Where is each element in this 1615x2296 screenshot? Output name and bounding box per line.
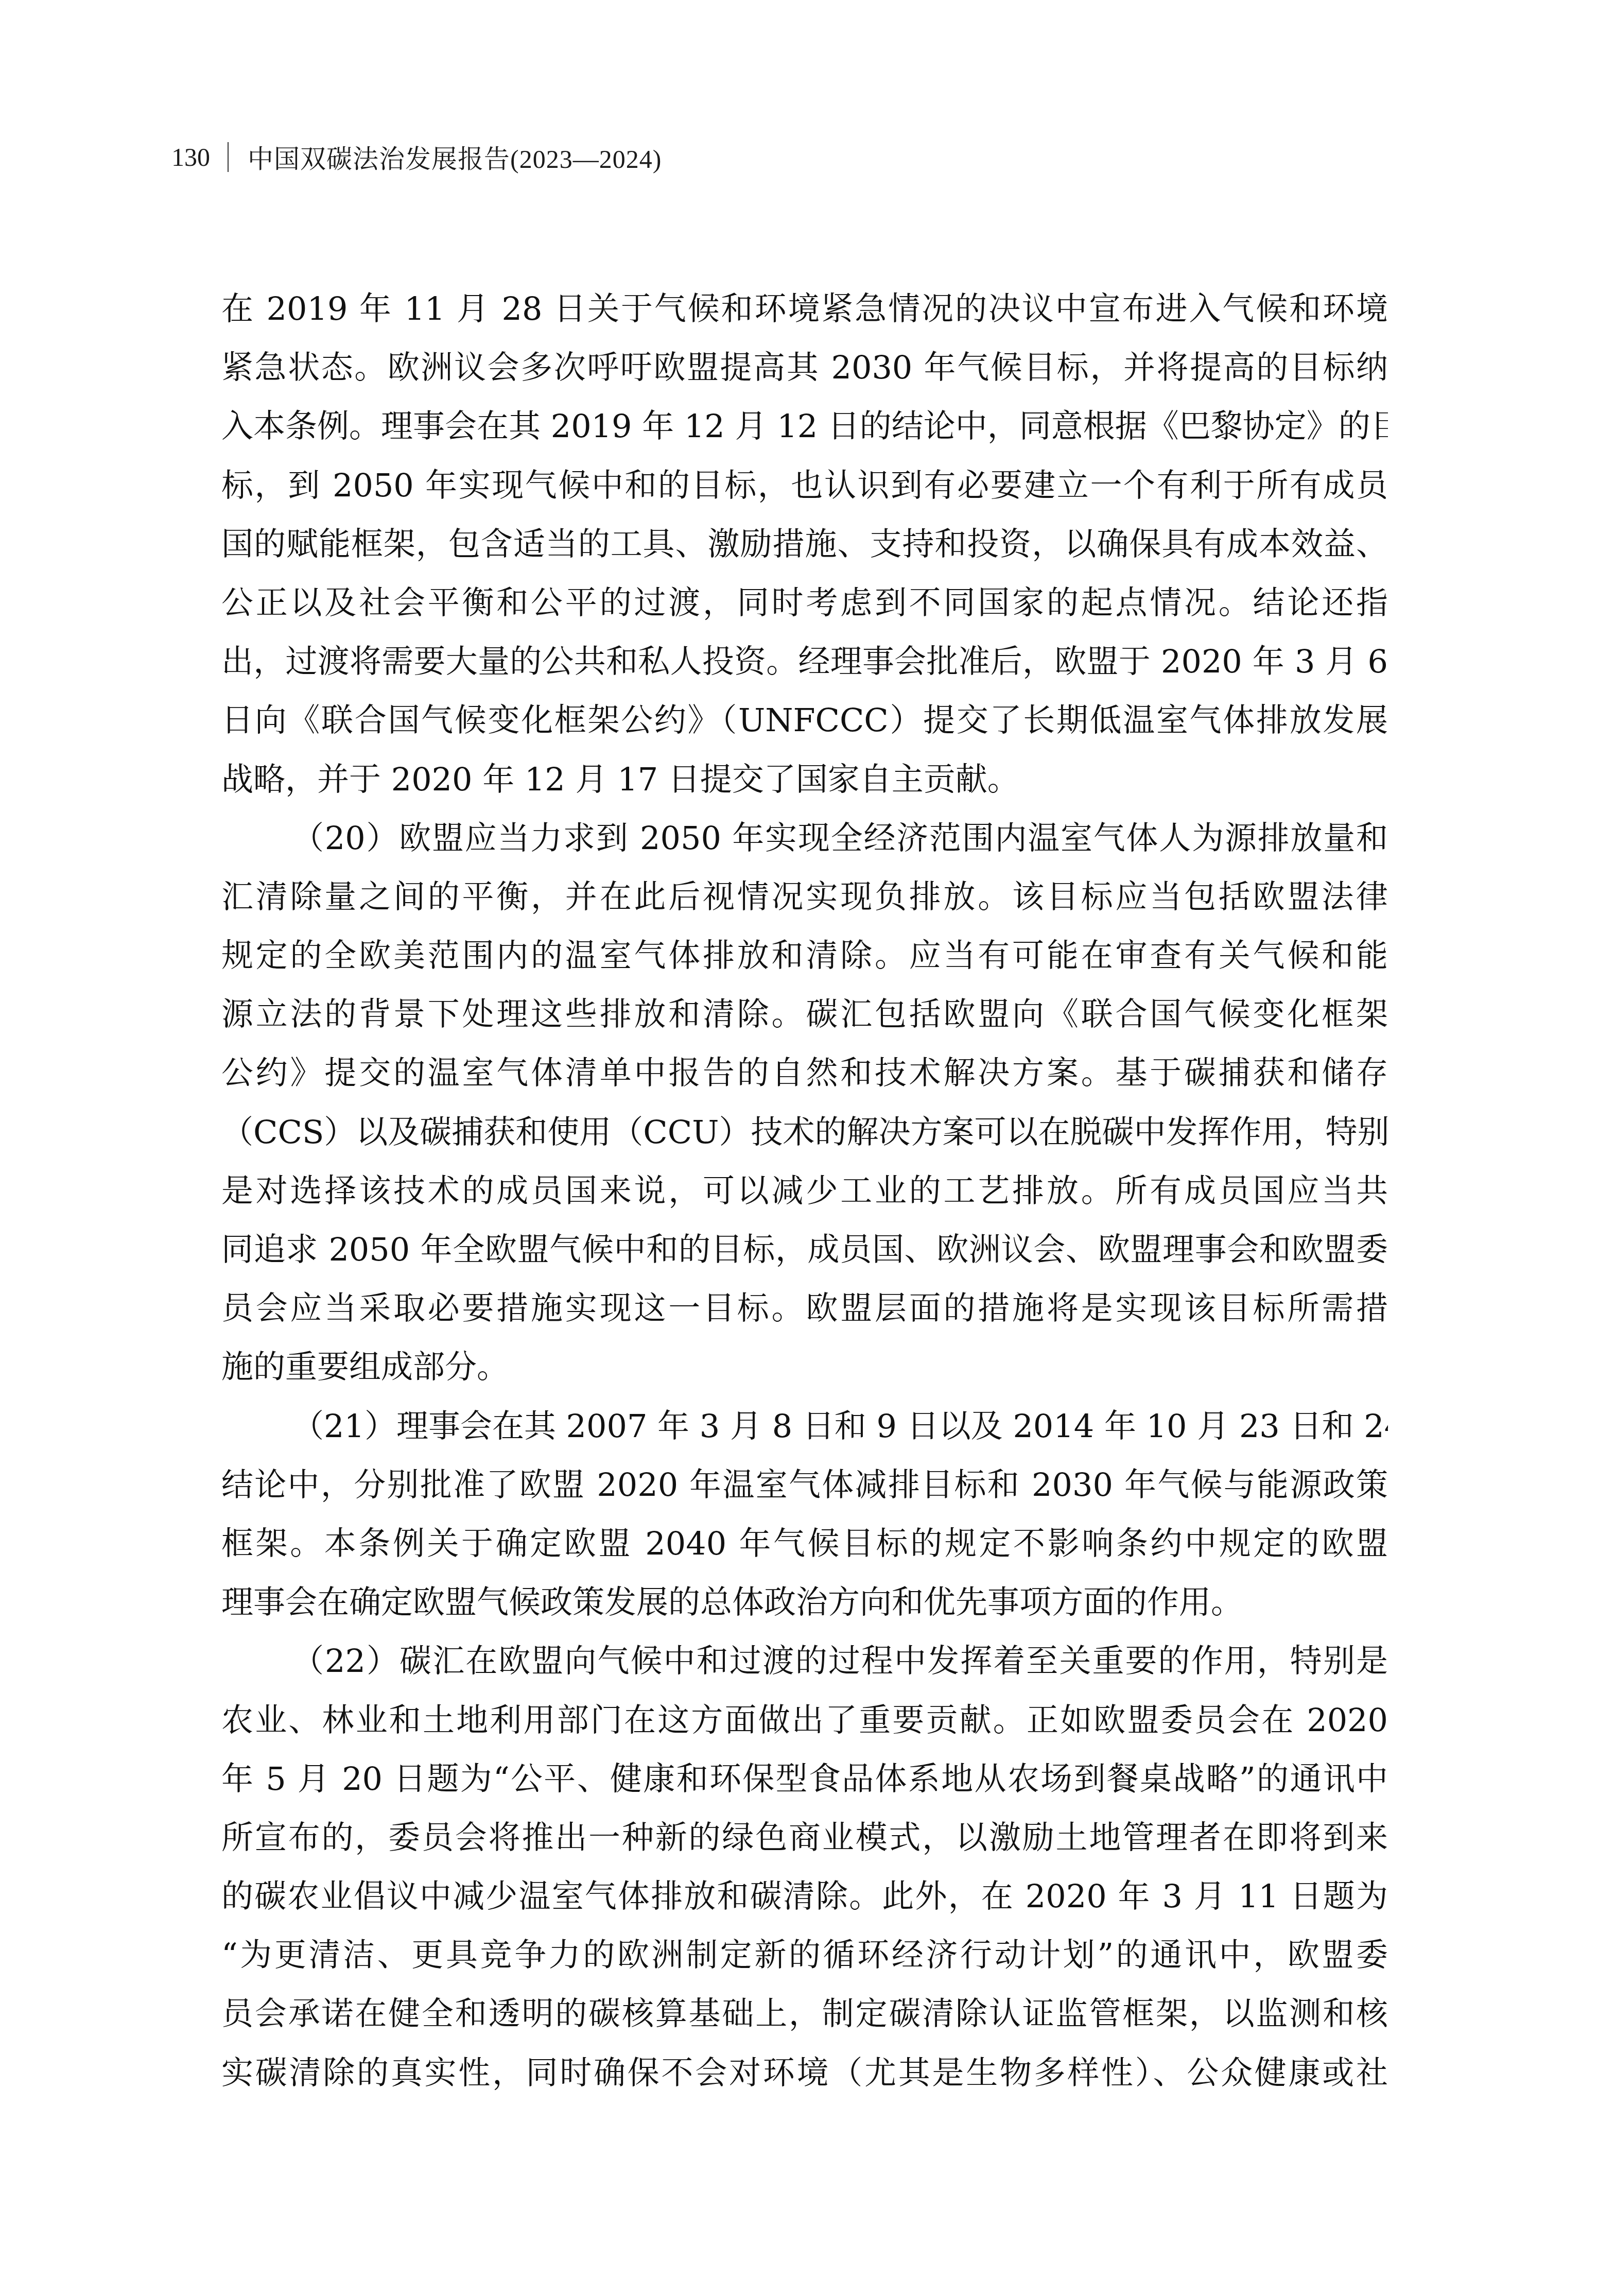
- book-title: 中国双碳法治发展报告(2023—2024): [248, 139, 662, 176]
- text-line: 日向《联合国气候变化框架公约》（UNFCCC）提交了长期低温室气体排放发展: [221, 691, 1388, 750]
- text-line: 施的重要组成部分。: [221, 1338, 1388, 1396]
- text-line: 规定的全欧美范围内的温室气体排放和清除。应当有可能在审查有关气候和能: [221, 926, 1388, 985]
- text-line: 标，到 2050 年实现气候中和的目标，也认识到有必要建立一个有利于所有成员: [221, 456, 1388, 515]
- text-line: 结论中，分别批准了欧盟 2020 年温室气体减排目标和 2030 年气候与能源政…: [221, 1456, 1388, 1514]
- text-line: 在 2019 年 11 月 28 日关于气候和环境紧急情况的决议中宣布进入气候和…: [221, 280, 1388, 338]
- text-line: 框架。本条例关于确定欧盟 2040 年气候目标的规定不影响条约中规定的欧盟: [221, 1514, 1388, 1573]
- text-line: 员会承诺在健全和透明的碳核算基础上，制定碳清除认证监管框架，以监测和核: [221, 1984, 1388, 2043]
- text-line: 源立法的背景下处理这些排放和清除。碳汇包括欧盟向《联合国气候变化框架: [221, 985, 1388, 1044]
- text-line: （20）欧盟应当力求到 2050 年实现全经济范围内温室气体人为源排放量和: [221, 809, 1388, 868]
- text-line: （CCS）以及碳捕获和使用（CCU）技术的解决方案可以在脱碳中发挥作用，特别: [221, 1103, 1388, 1162]
- paragraph-p20: （20）欧盟应当力求到 2050 年实现全经济范围内温室气体人为源排放量和汇清除…: [221, 809, 1388, 1397]
- header-divider: [228, 142, 229, 172]
- text-line: 紧急状态。欧洲议会多次呼吁欧盟提高其 2030 年气候目标，并将提高的目标纳: [221, 338, 1388, 397]
- text-line: 理事会在确定欧盟气候政策发展的总体政治方向和优先事项方面的作用。: [221, 1573, 1388, 1632]
- text-line: 员会应当采取必要措施实现这一目标。欧盟层面的措施将是实现该目标所需措: [221, 1279, 1388, 1338]
- text-line: 公正以及社会平衡和公平的过渡，同时考虑到不同国家的起点情况。结论还指: [221, 574, 1388, 632]
- text-line: 入本条例。理事会在其 2019 年 12 月 12 日的结论中，同意根据《巴黎协…: [221, 397, 1388, 456]
- paragraph-p19-cont: 在 2019 年 11 月 28 日关于气候和环境紧急情况的决议中宣布进入气候和…: [221, 280, 1388, 809]
- text-line: 所宣布的，委员会将推出一种新的绿色商业模式，以激励土地管理者在即将到来: [221, 1808, 1388, 1867]
- text-line: （22）碳汇在欧盟向气候中和过渡的过程中发挥着至关重要的作用，特别是: [221, 1632, 1388, 1690]
- text-line: 战略，并于 2020 年 12 月 17 日提交了国家自主贡献。: [221, 750, 1388, 809]
- text-line: 是对选择该技术的成员国来说，可以减少工业的工艺排放。所有成员国应当共: [221, 1162, 1388, 1220]
- text-line: “为更清洁、更具竞争力的欧洲制定新的循环经济行动计划”的通讯中，欧盟委: [221, 1926, 1388, 1984]
- page-number: 130: [171, 142, 210, 172]
- text-line: 农业、林业和土地利用部门在这方面做出了重要贡献。正如欧盟委员会在 2020: [221, 1691, 1388, 1750]
- paragraph-p21: （21）理事会在其 2007 年 3 月 8 日和 9 日以及 2014 年 1…: [221, 1397, 1388, 1632]
- running-header: 130 中国双碳法治发展报告(2023—2024): [171, 140, 662, 174]
- body-text: 在 2019 年 11 月 28 日关于气候和环境紧急情况的决议中宣布进入气候和…: [221, 280, 1388, 2102]
- text-line: （21）理事会在其 2007 年 3 月 8 日和 9 日以及 2014 年 1…: [221, 1397, 1388, 1456]
- text-line: 汇清除量之间的平衡，并在此后视情况实现负排放。该目标应当包括欧盟法律: [221, 868, 1388, 926]
- text-line: 的碳农业倡议中减少温室气体排放和碳清除。此外，在 2020 年 3 月 11 日…: [221, 1867, 1388, 1926]
- text-line: 年 5 月 20 日题为“公平、健康和环保型食品体系地从农场到餐桌战略”的通讯中: [221, 1750, 1388, 1808]
- text-line: 公约》提交的温室气体清单中报告的自然和技术解决方案。基于碳捕获和储存: [221, 1044, 1388, 1102]
- text-line: 同追求 2050 年全欧盟气候中和的目标，成员国、欧洲议会、欧盟理事会和欧盟委: [221, 1220, 1388, 1279]
- paragraph-p22: （22）碳汇在欧盟向气候中和过渡的过程中发挥着至关重要的作用，特别是农业、林业和…: [221, 1632, 1388, 2102]
- text-line: 实碳清除的真实性，同时确保不会对环境（尤其是生物多样性）、公众健康或社: [221, 2044, 1388, 2102]
- text-line: 出，过渡将需要大量的公共和私人投资。经理事会批准后，欧盟于 2020 年 3 月…: [221, 632, 1388, 691]
- text-line: 国的赋能框架，包含适当的工具、激励措施、支持和投资，以确保具有成本效益、: [221, 515, 1388, 574]
